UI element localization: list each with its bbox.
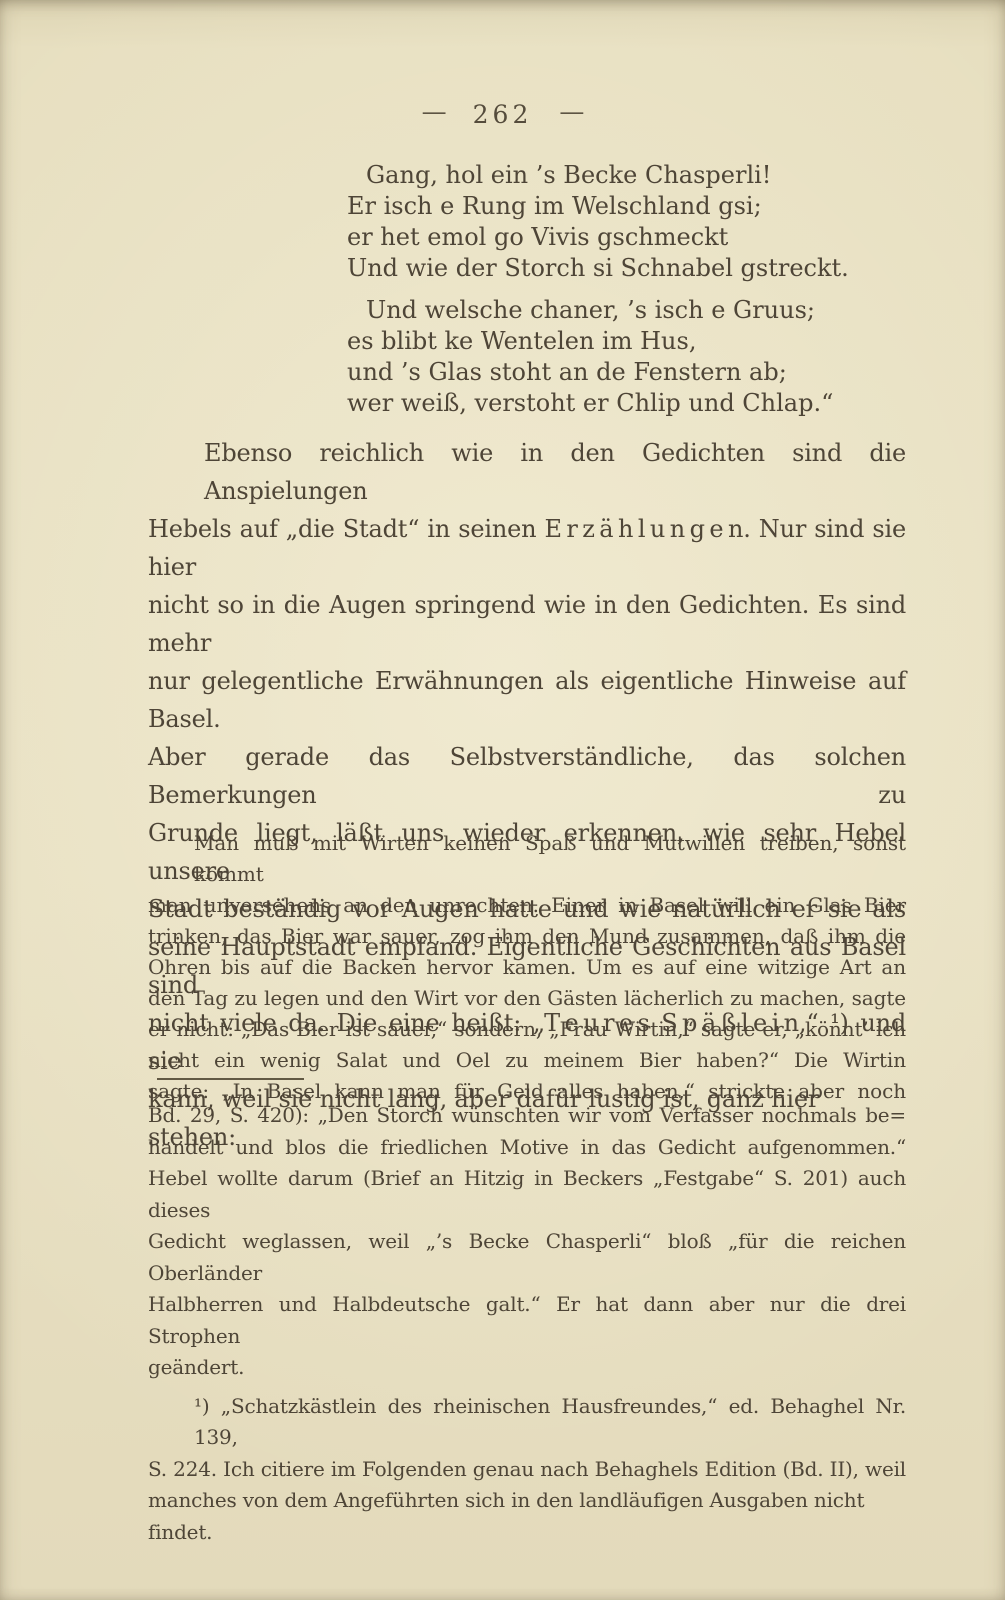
text-line: nicht so in die Augen springend wie in d… [148,586,906,662]
page-header: —262— [0,100,1005,129]
poem-stanza-1: Gang, hol ein ’s Becke Chasperli! Er isc… [347,160,849,284]
poem-stanza-2: Und welsche chaner, ’s isch e Gruus; es … [347,295,849,419]
book-page: —262— Gang, hol ein ’s Becke Chasperli! … [0,0,1005,1600]
header-left-dash: — [422,97,446,126]
poem-block: Gang, hol ein ’s Becke Chasperli! Er isc… [347,160,849,419]
story-quote-paragraph: Man muß mit Wirten keinen Spaß und Mutwi… [148,828,906,1107]
footnote-continuation: Bd. 29, S. 420): „Den Storch wünschten w… [148,1100,906,1384]
footnote-line: S. 224. Ich citiere im Folgenden genau n… [148,1454,906,1486]
quote-line: er nicht: „Das Bier ist sauer,“ sondern,… [148,1014,906,1045]
footnote-line: Bd. 29, S. 420): „Den Storch wünschten w… [148,1100,906,1132]
quote-line: nicht ein wenig Salat und Oel zu meinem … [148,1045,906,1076]
text-line: nur gelegentliche Erwähnungen als eigent… [148,662,906,738]
poem-line: Er isch e Rung im Welschland gsi; [347,191,849,222]
footnote-line: manches von dem Angeführten sich in den … [148,1485,906,1548]
poem-line: wer weiß, verstoht er Chlip und Chlap.“ [347,388,849,419]
poem-line: Und wie der Storch si Schnabel gstreckt. [347,253,849,284]
header-right-dash: — [559,97,583,126]
footnote-line: geändert. [148,1352,906,1384]
text-line: Aber gerade das Selbstverständliche, das… [148,738,906,814]
footnote-line: handelt und blos die friedlichen Motive … [148,1132,906,1164]
footnote-separator-rule [157,1078,304,1080]
page-number: 262 [473,100,533,129]
poem-line: er het emol go Vivis gschmeckt [347,222,849,253]
footnote-1: ¹) „Schatzkästlein des rheinischen Hausf… [148,1391,906,1549]
poem-line: Und welsche chaner, ’s isch e Gruus; [347,295,849,326]
footnote-line: ¹) „Schatzkästlein des rheinischen Hausf… [148,1391,906,1454]
poem-line: es blibt ke Wentelen im Hus, [347,326,849,357]
poem-line: Gang, hol ein ’s Becke Chasperli! [347,160,849,191]
quote-line: den Tag zu legen und den Wirt vor den Gä… [148,983,906,1014]
footnotes-block: Bd. 29, S. 420): „Den Storch wünschten w… [148,1100,906,1548]
footnote-line: Hebel wollte darum (Brief an Hitzig in B… [148,1163,906,1226]
text-line: Ebenso reichlich wie in den Gedichten si… [148,434,906,510]
quote-line: Ohren bis auf die Backen hervor kamen. U… [148,952,906,983]
quote-line: man unversehens an den unrechten. Einer … [148,890,906,921]
poem-line: und ’s Glas stoht an de Fenstern ab; [347,357,849,388]
quote-line: Man muß mit Wirten keinen Spaß und Mutwi… [148,828,906,890]
footnote-line: Gedicht weglassen, weil „’s Becke Chaspe… [148,1226,906,1289]
footnote-line: Halbherren und Halbdeutsche galt.“ Er ha… [148,1289,906,1352]
quote-line: trinken, das Bier war sauer, zog ihm den… [148,921,906,952]
text-line: Hebels auf „die Stadt“ in seinen E r z ä… [148,510,906,586]
